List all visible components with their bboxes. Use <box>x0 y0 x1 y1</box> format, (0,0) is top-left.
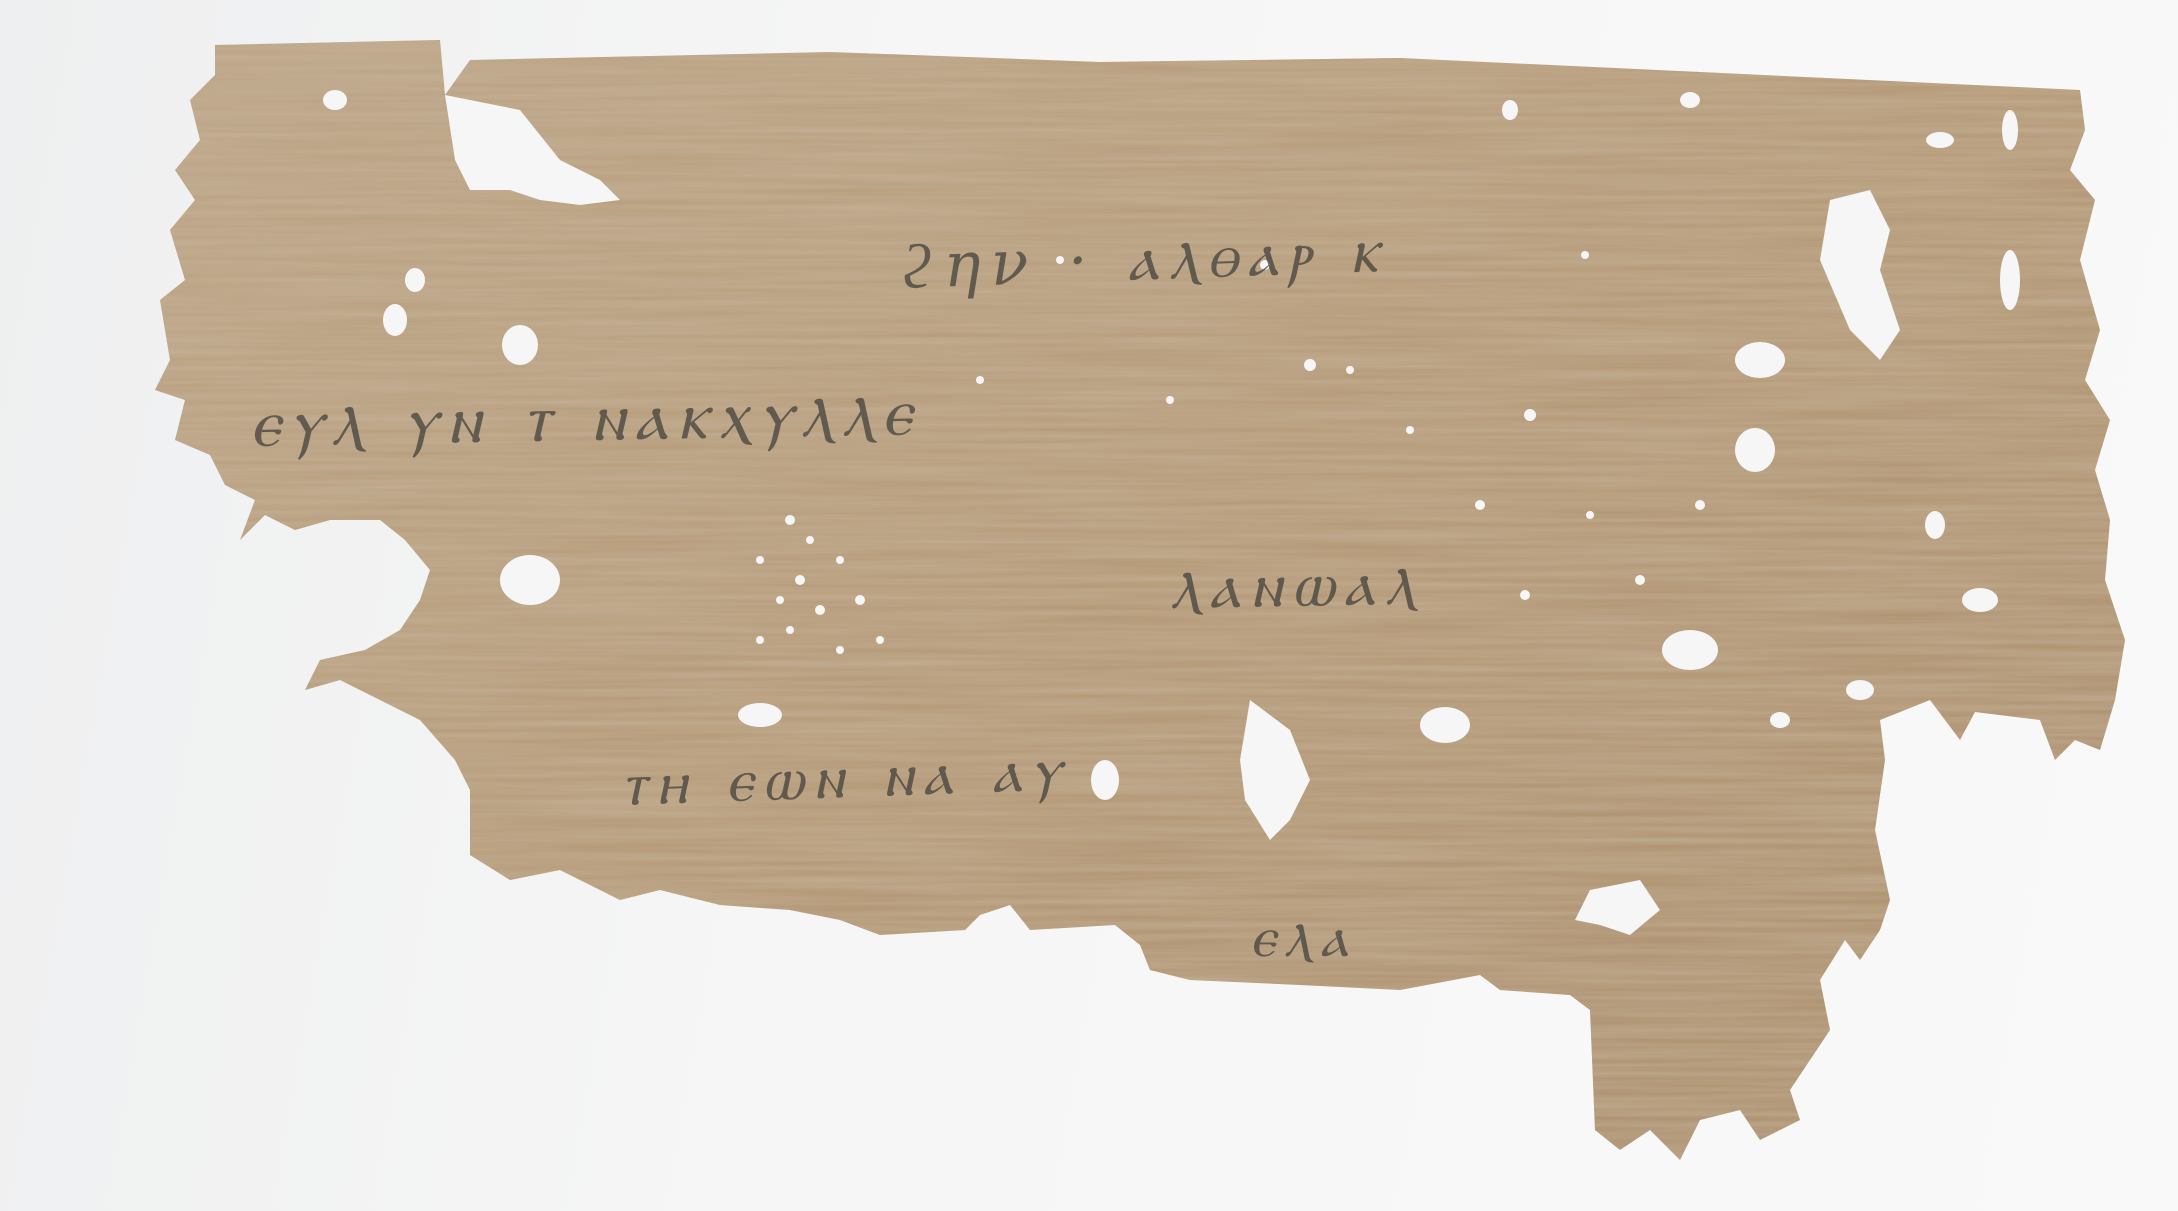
papyrus-fragment <box>0 0 2178 1211</box>
ink-line-3: ⲗⲁⲛⲱⲁⲗ <box>1169 546 1424 624</box>
ink-line-5: ⲉⲗⲁ <box>1250 905 1358 971</box>
photo-stage: ϩην · ⲁⲗⲑⲁⲣ ⲕ ⲉⲩⲗ ⲩⲛ ⲧ ⲛⲁⲕⲭⲩⲗⲗⲉ ⲗⲁⲛⲱⲁⲗ ⲧ… <box>0 0 2178 1211</box>
ink-line-2: ⲉⲩⲗ ⲩⲛ ⲧ ⲛⲁⲕⲭⲩⲗⲗⲉ <box>249 373 921 464</box>
